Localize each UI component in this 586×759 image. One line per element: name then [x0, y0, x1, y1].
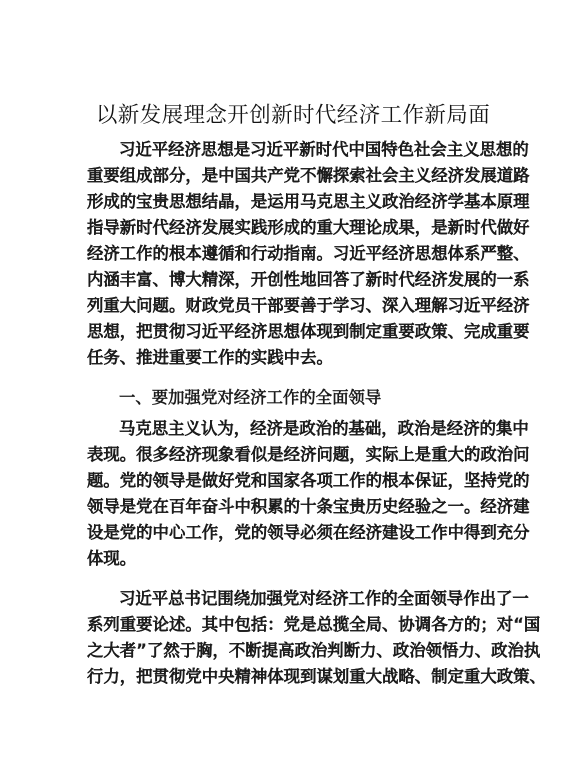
paragraph-line: 之大者”了然于胸，不断提高政治判断力、政治领悟力、政治执	[87, 640, 499, 662]
paragraph-line: 习近平经济思想是习近平新时代中国特色社会主义思想的	[119, 139, 499, 161]
paragraph-line: 表现。很多经济现象看似是经济问题，实际上是重大的政治问	[87, 444, 499, 466]
paragraph-line: 领导是党在百年奋斗中积累的十条宝贵历史经验之一。经济建	[87, 496, 499, 518]
paragraph-line: 设是党的中心工作，党的领导必须在经济建设工作中得到充分	[87, 522, 499, 544]
paragraph-line: 题。党的领导是做好党和国家各项工作的根本保证，坚持党的	[87, 470, 499, 492]
paragraph-line: 任务、推进重要工作的实践中去。	[87, 347, 333, 369]
paragraph-line: 体现。	[87, 548, 136, 570]
paragraph-line: 内涵丰富、博大精深，开创性地回答了新时代经济发展的一系	[87, 269, 499, 291]
paragraph-line: 经济工作的根本遵循和行动指南。习近平经济思想体系严整、	[87, 243, 499, 265]
paragraph-line: 思想，把贯彻习近平经济思想体现到制定重要政策、完成重要	[87, 321, 499, 343]
document-page: 以新发展理念开创新时代经济工作新局面 习近平经济思想是习近平新时代中国特色社会主…	[0, 0, 586, 759]
paragraph-line: 系列重要论述。其中包括：党是总揽全局、协调各方的；对“国	[87, 614, 499, 636]
paragraph-line: 行力，把贯彻党中央精神体现到谋划重大战略、制定重大政策、	[87, 666, 499, 688]
paragraph-line: 重要组成部分，是中国共产党不懈探索社会主义经济发展道路	[87, 165, 499, 187]
paragraph-line: 马克思主义认为，经济是政治的基础，政治是经济的集中	[119, 418, 499, 440]
paragraph-line: 习近平总书记围绕加强党对经济工作的全面领导作出了一	[119, 588, 499, 610]
paragraph-line: 列重大问题。财政党员干部要善于学习、深入理解习近平经济	[87, 295, 499, 317]
paragraph-line: 指导新时代经济发展实践形成的重大理论成果，是新时代做好	[87, 217, 499, 239]
document-title: 以新发展理念开创新时代经济工作新局面	[0, 102, 586, 130]
paragraph-line: 形成的宝贵思想结晶，是运用马克思主义政治经济学基本原理	[87, 191, 499, 213]
section-heading: 一、要加强党对经济工作的全面领导	[119, 387, 381, 409]
